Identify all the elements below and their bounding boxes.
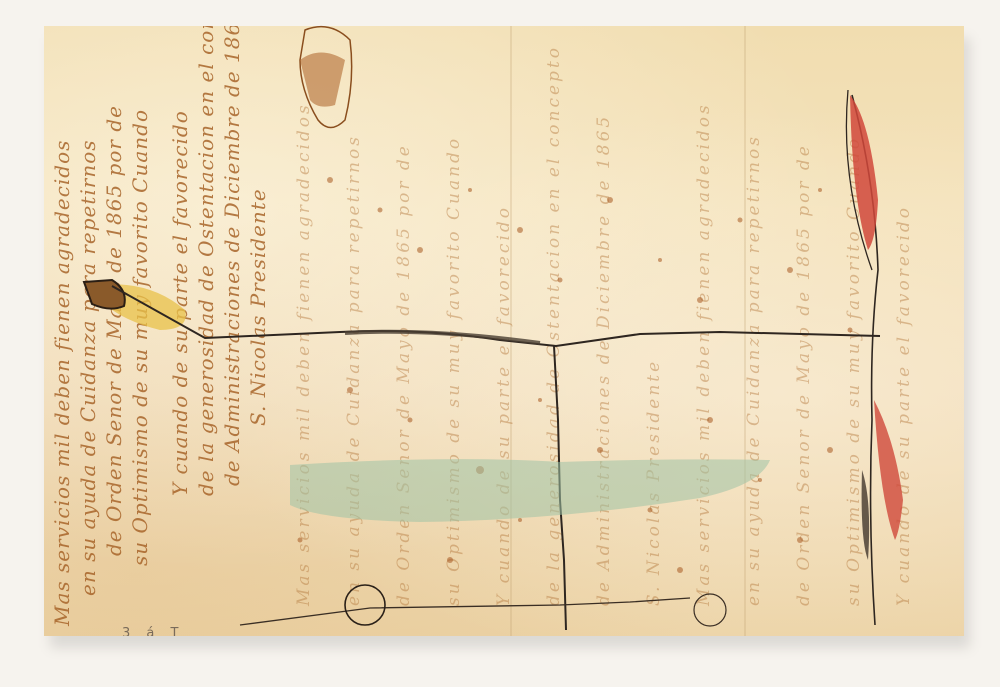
drawing-overlay <box>0 0 1000 687</box>
circle-right <box>694 594 726 626</box>
bottom-line <box>240 598 690 625</box>
green-wash <box>290 459 770 522</box>
circle-left <box>345 585 385 625</box>
red-crayon-bottom <box>874 400 903 540</box>
head-shape <box>84 280 125 309</box>
red-crayon-top <box>850 95 878 250</box>
